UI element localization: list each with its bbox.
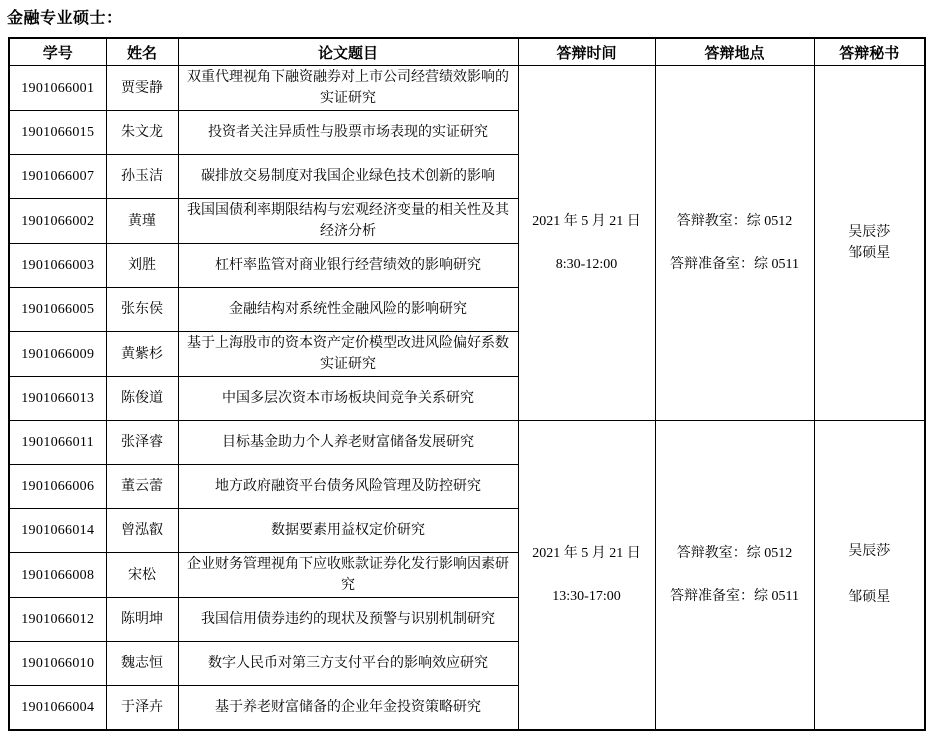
- thesis-title-cell: 数字人民币对第三方支付平台的影响效应研究: [178, 642, 518, 686]
- defense-date: 2021 年 5 月 21 日: [522, 543, 652, 564]
- thesis-title-cell: 我国国债利率期限结构与宏观经济变量的相关性及其经济分析: [178, 199, 518, 244]
- thesis-title-cell: 金融结构对系统性金融风险的影响研究: [178, 288, 518, 332]
- header-defense-location: 答辩地点: [655, 38, 814, 66]
- page-title: 金融专业硕士：: [0, 0, 933, 28]
- student-id-cell: 1901066009: [9, 332, 106, 377]
- defense-time-cell-group1: 2021 年 5 月 21 日 8:30-12:00: [518, 66, 655, 421]
- student-id-cell: 1901066001: [9, 66, 106, 111]
- student-name-cell: 张东侯: [106, 288, 178, 332]
- header-row: 学号 姓名 论文题目 答辩时间 答辩地点 答辩秘书: [9, 38, 925, 66]
- thesis-title-cell: 碳排放交易制度对我国企业绿色技术创新的影响: [178, 155, 518, 199]
- header-name: 姓名: [106, 38, 178, 66]
- defense-location-cell-group2: 答辩教室：综 0512 答辩准备室：综 0511: [655, 421, 814, 730]
- student-name-cell: 宋松: [106, 553, 178, 598]
- thesis-title-cell: 企业财务管理视角下应收账款证券化发行影响因素研究: [178, 553, 518, 598]
- thesis-title-cell: 数据要素用益权定价研究: [178, 509, 518, 553]
- thesis-title-cell: 双重代理视角下融资融券对上市公司经营绩效影响的实证研究: [178, 66, 518, 111]
- student-id-cell: 1901066014: [9, 509, 106, 553]
- defense-room: 答辩教室：综 0512: [659, 543, 811, 564]
- table-row: 1901066001 贾雯静 双重代理视角下融资融券对上市公司经营绩效影响的实证…: [9, 66, 925, 111]
- thesis-title-cell: 目标基金助力个人养老财富储备发展研究: [178, 421, 518, 465]
- thesis-title-cell: 中国多层次资本市场板块间竞争关系研究: [178, 377, 518, 421]
- student-name-cell: 陈明坤: [106, 598, 178, 642]
- student-name-cell: 黄紫杉: [106, 332, 178, 377]
- header-defense-secretary: 答辩秘书: [814, 38, 925, 66]
- header-thesis-title: 论文题目: [178, 38, 518, 66]
- student-name-cell: 张泽睿: [106, 421, 178, 465]
- student-id-cell: 1901066015: [9, 111, 106, 155]
- defense-prep-room: 答辩准备室：综 0511: [659, 254, 811, 275]
- defense-location-cell-group1: 答辩教室：综 0512 答辩准备室：综 0511: [655, 66, 814, 421]
- thesis-title-cell: 杠杆率监管对商业银行经营绩效的影响研究: [178, 244, 518, 288]
- student-name-cell: 朱文龙: [106, 111, 178, 155]
- student-name-cell: 孙玉洁: [106, 155, 178, 199]
- student-id-cell: 1901066002: [9, 199, 106, 244]
- thesis-title-cell: 投资者关注异质性与股票市场表现的实证研究: [178, 111, 518, 155]
- student-id-cell: 1901066004: [9, 686, 106, 730]
- student-id-cell: 1901066011: [9, 421, 106, 465]
- student-name-cell: 贾雯静: [106, 66, 178, 111]
- student-id-cell: 1901066006: [9, 465, 106, 509]
- thesis-title-cell: 基于上海股市的资本资产定价模型改进风险偏好系数实证研究: [178, 332, 518, 377]
- header-student-id: 学号: [9, 38, 106, 66]
- student-name-cell: 刘胜: [106, 244, 178, 288]
- student-id-cell: 1901066007: [9, 155, 106, 199]
- student-name-cell: 曾泓叡: [106, 509, 178, 553]
- defense-time-range: 13:30-17:00: [522, 586, 652, 607]
- student-name-cell: 魏志恒: [106, 642, 178, 686]
- thesis-title-cell: 基于养老财富储备的企业年金投资策略研究: [178, 686, 518, 730]
- student-name-cell: 董云蕾: [106, 465, 178, 509]
- defense-time-cell-group2: 2021 年 5 月 21 日 13:30-17:00: [518, 421, 655, 730]
- defense-room: 答辩教室：综 0512: [659, 211, 811, 232]
- student-id-cell: 1901066013: [9, 377, 106, 421]
- defense-prep-room: 答辩准备室：综 0511: [659, 586, 811, 607]
- defense-schedule-table: 学号 姓名 论文题目 答辩时间 答辩地点 答辩秘书 1901066001 贾雯静…: [8, 37, 926, 731]
- defense-secretary-cell-group1: 吴辰莎 邹硕星: [814, 66, 925, 421]
- secretary-name: 邹硕星: [818, 243, 922, 264]
- student-id-cell: 1901066008: [9, 553, 106, 598]
- student-id-cell: 1901066003: [9, 244, 106, 288]
- student-id-cell: 1901066010: [9, 642, 106, 686]
- student-id-cell: 1901066005: [9, 288, 106, 332]
- student-name-cell: 陈俊道: [106, 377, 178, 421]
- secretary-name: 吴辰莎: [818, 222, 922, 243]
- student-name-cell: 黄瑾: [106, 199, 178, 244]
- student-name-cell: 于泽卉: [106, 686, 178, 730]
- student-id-cell: 1901066012: [9, 598, 106, 642]
- thesis-title-cell: 我国信用债券违约的现状及预警与识别机制研究: [178, 598, 518, 642]
- thesis-title-cell: 地方政府融资平台债务风险管理及防控研究: [178, 465, 518, 509]
- defense-time-range: 8:30-12:00: [522, 254, 652, 275]
- defense-secretary-cell-group2: 吴辰莎 邹硕星: [814, 421, 925, 730]
- defense-date: 2021 年 5 月 21 日: [522, 211, 652, 232]
- table-row: 1901066011 张泽睿 目标基金助力个人养老财富储备发展研究 2021 年…: [9, 421, 925, 465]
- secretary-name: 邹硕星: [818, 587, 922, 608]
- secretary-name: 吴辰莎: [818, 541, 922, 562]
- header-defense-time: 答辩时间: [518, 38, 655, 66]
